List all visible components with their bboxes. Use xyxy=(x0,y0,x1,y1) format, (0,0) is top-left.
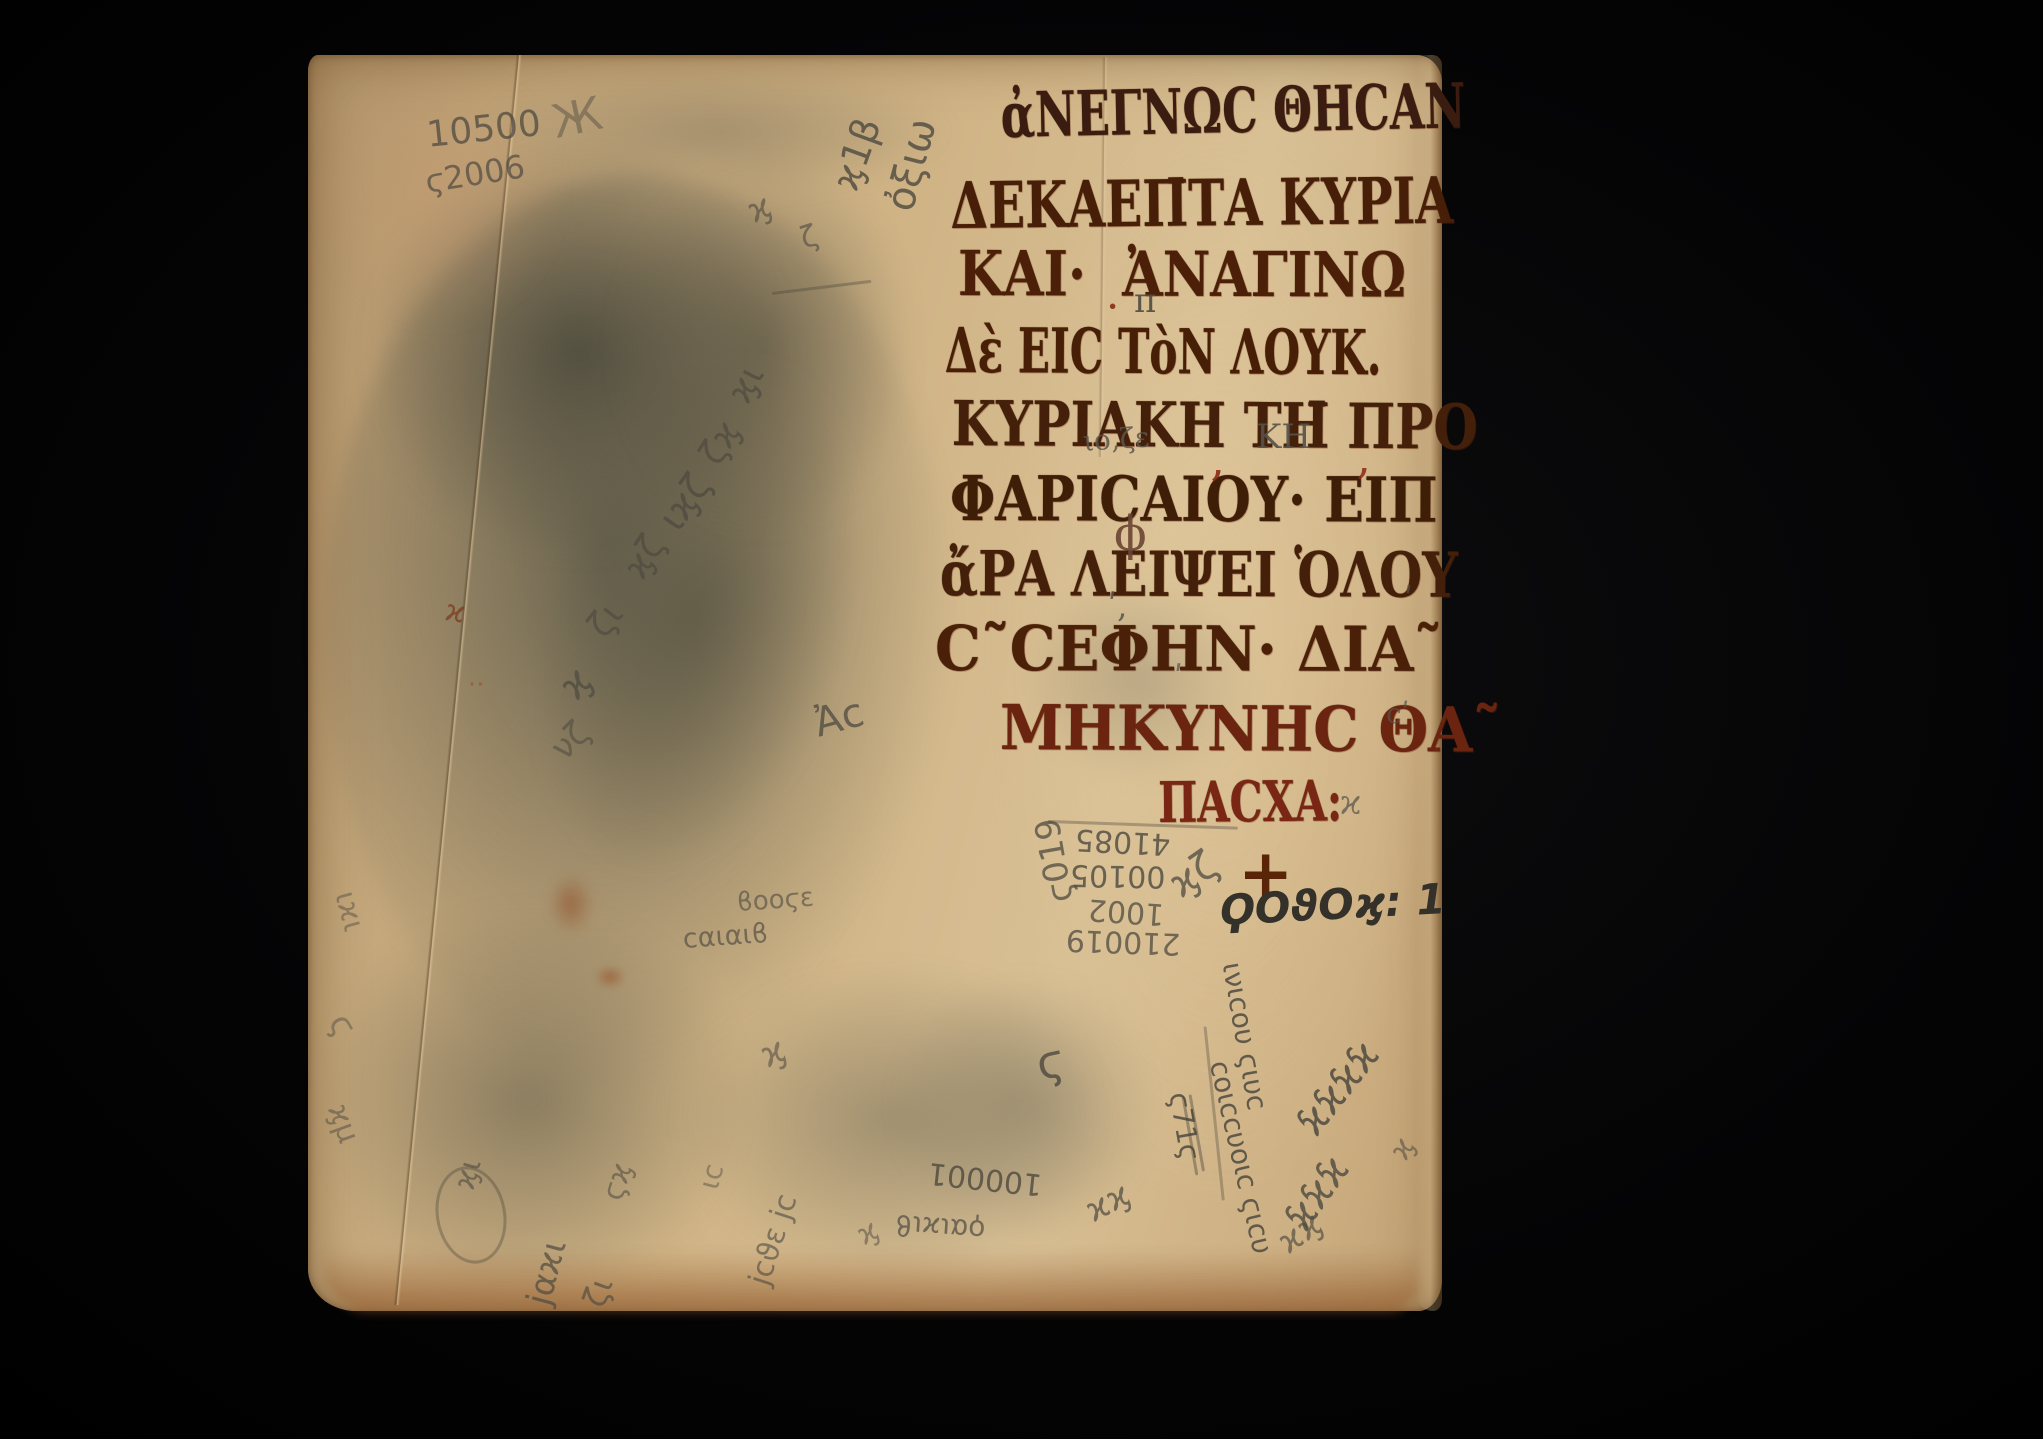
pencil-mark: Ἀϲ xyxy=(810,692,868,743)
text-line: ἀΝΕΓΝΩϹ ΘΗϹΑΝ xyxy=(1000,75,1466,147)
pencil-mark: ϙαιϰιϐ xyxy=(894,1210,986,1244)
text-line: ἄΡΑ ΛΕΙΨΕΙ ὉΛΟΥ xyxy=(940,543,1458,607)
ink-inscription: ϘΟϑΟϗ: 1 xyxy=(1218,878,1447,932)
pencil-mark: 41085 xyxy=(1074,824,1171,859)
text-line: Δὲ ΕΙϹ ΤὸΝ ΛΟΥΚ. xyxy=(945,320,1382,384)
interlinear-note: ΚΗ xyxy=(1256,420,1311,454)
interlinear-note: · xyxy=(1106,286,1119,328)
interlinear-note: ϲʹ xyxy=(1386,700,1409,728)
stain xyxy=(475,313,922,918)
text-line: ΠΑϹΧΑ: xyxy=(1158,773,1342,831)
pencil-mark: ϲαιαιϐ xyxy=(682,920,769,953)
pencil-mark: ·· xyxy=(468,672,485,698)
interlinear-note: ‚ xyxy=(1210,436,1225,482)
pencil-mark: Ж xyxy=(548,90,606,145)
interlinear-note: ϰ xyxy=(1340,786,1361,820)
text-line: ΔΕΚΑΕΠ̄ΤΑ ΚΥΡΙΑ xyxy=(950,170,1453,239)
interlinear-note: ʹ‚ xyxy=(1108,590,1127,622)
interlinear-note: ʹ xyxy=(1174,662,1183,694)
interlinear-note: ιο‚ζε xyxy=(1082,423,1150,456)
pencil-mark: ιϰι xyxy=(329,888,368,935)
text-line: ΚΑΙ· ἈΝΑΓΙΝΩ xyxy=(958,243,1406,307)
pencil-mark: ϐοοϛε xyxy=(736,885,815,916)
interlinear-note: ϕ xyxy=(1114,510,1147,558)
interlinear-note: ʹ xyxy=(1404,584,1413,616)
photo-background: ἀΝΕΓΝΩϹ ΘΗϹΑΝΔΕΚΑΕΠ̄ΤΑ ΚΥΡΙΑΚΑΙ· ἈΝΑΓΙΝΩ… xyxy=(0,0,2043,1439)
text-line: ΜΗΚΥΝΗϹ ΘΑ῀ xyxy=(1000,697,1501,762)
interlinear-note: π xyxy=(1134,284,1156,318)
pencil-mark: 00105 xyxy=(1070,859,1166,891)
stain xyxy=(678,965,1108,1275)
rust-spot xyxy=(594,965,626,989)
stain xyxy=(323,175,953,1085)
fold-crease xyxy=(393,55,522,1306)
rust-spot xyxy=(548,873,594,935)
text-line: Ϲ῀ϹΕΦΗΝ· ΔΙΑ῀ xyxy=(935,618,1443,681)
pencil-mark: 210019 xyxy=(1066,924,1182,958)
interlinear-note: ‚ xyxy=(1356,434,1371,480)
stain xyxy=(316,905,746,1295)
